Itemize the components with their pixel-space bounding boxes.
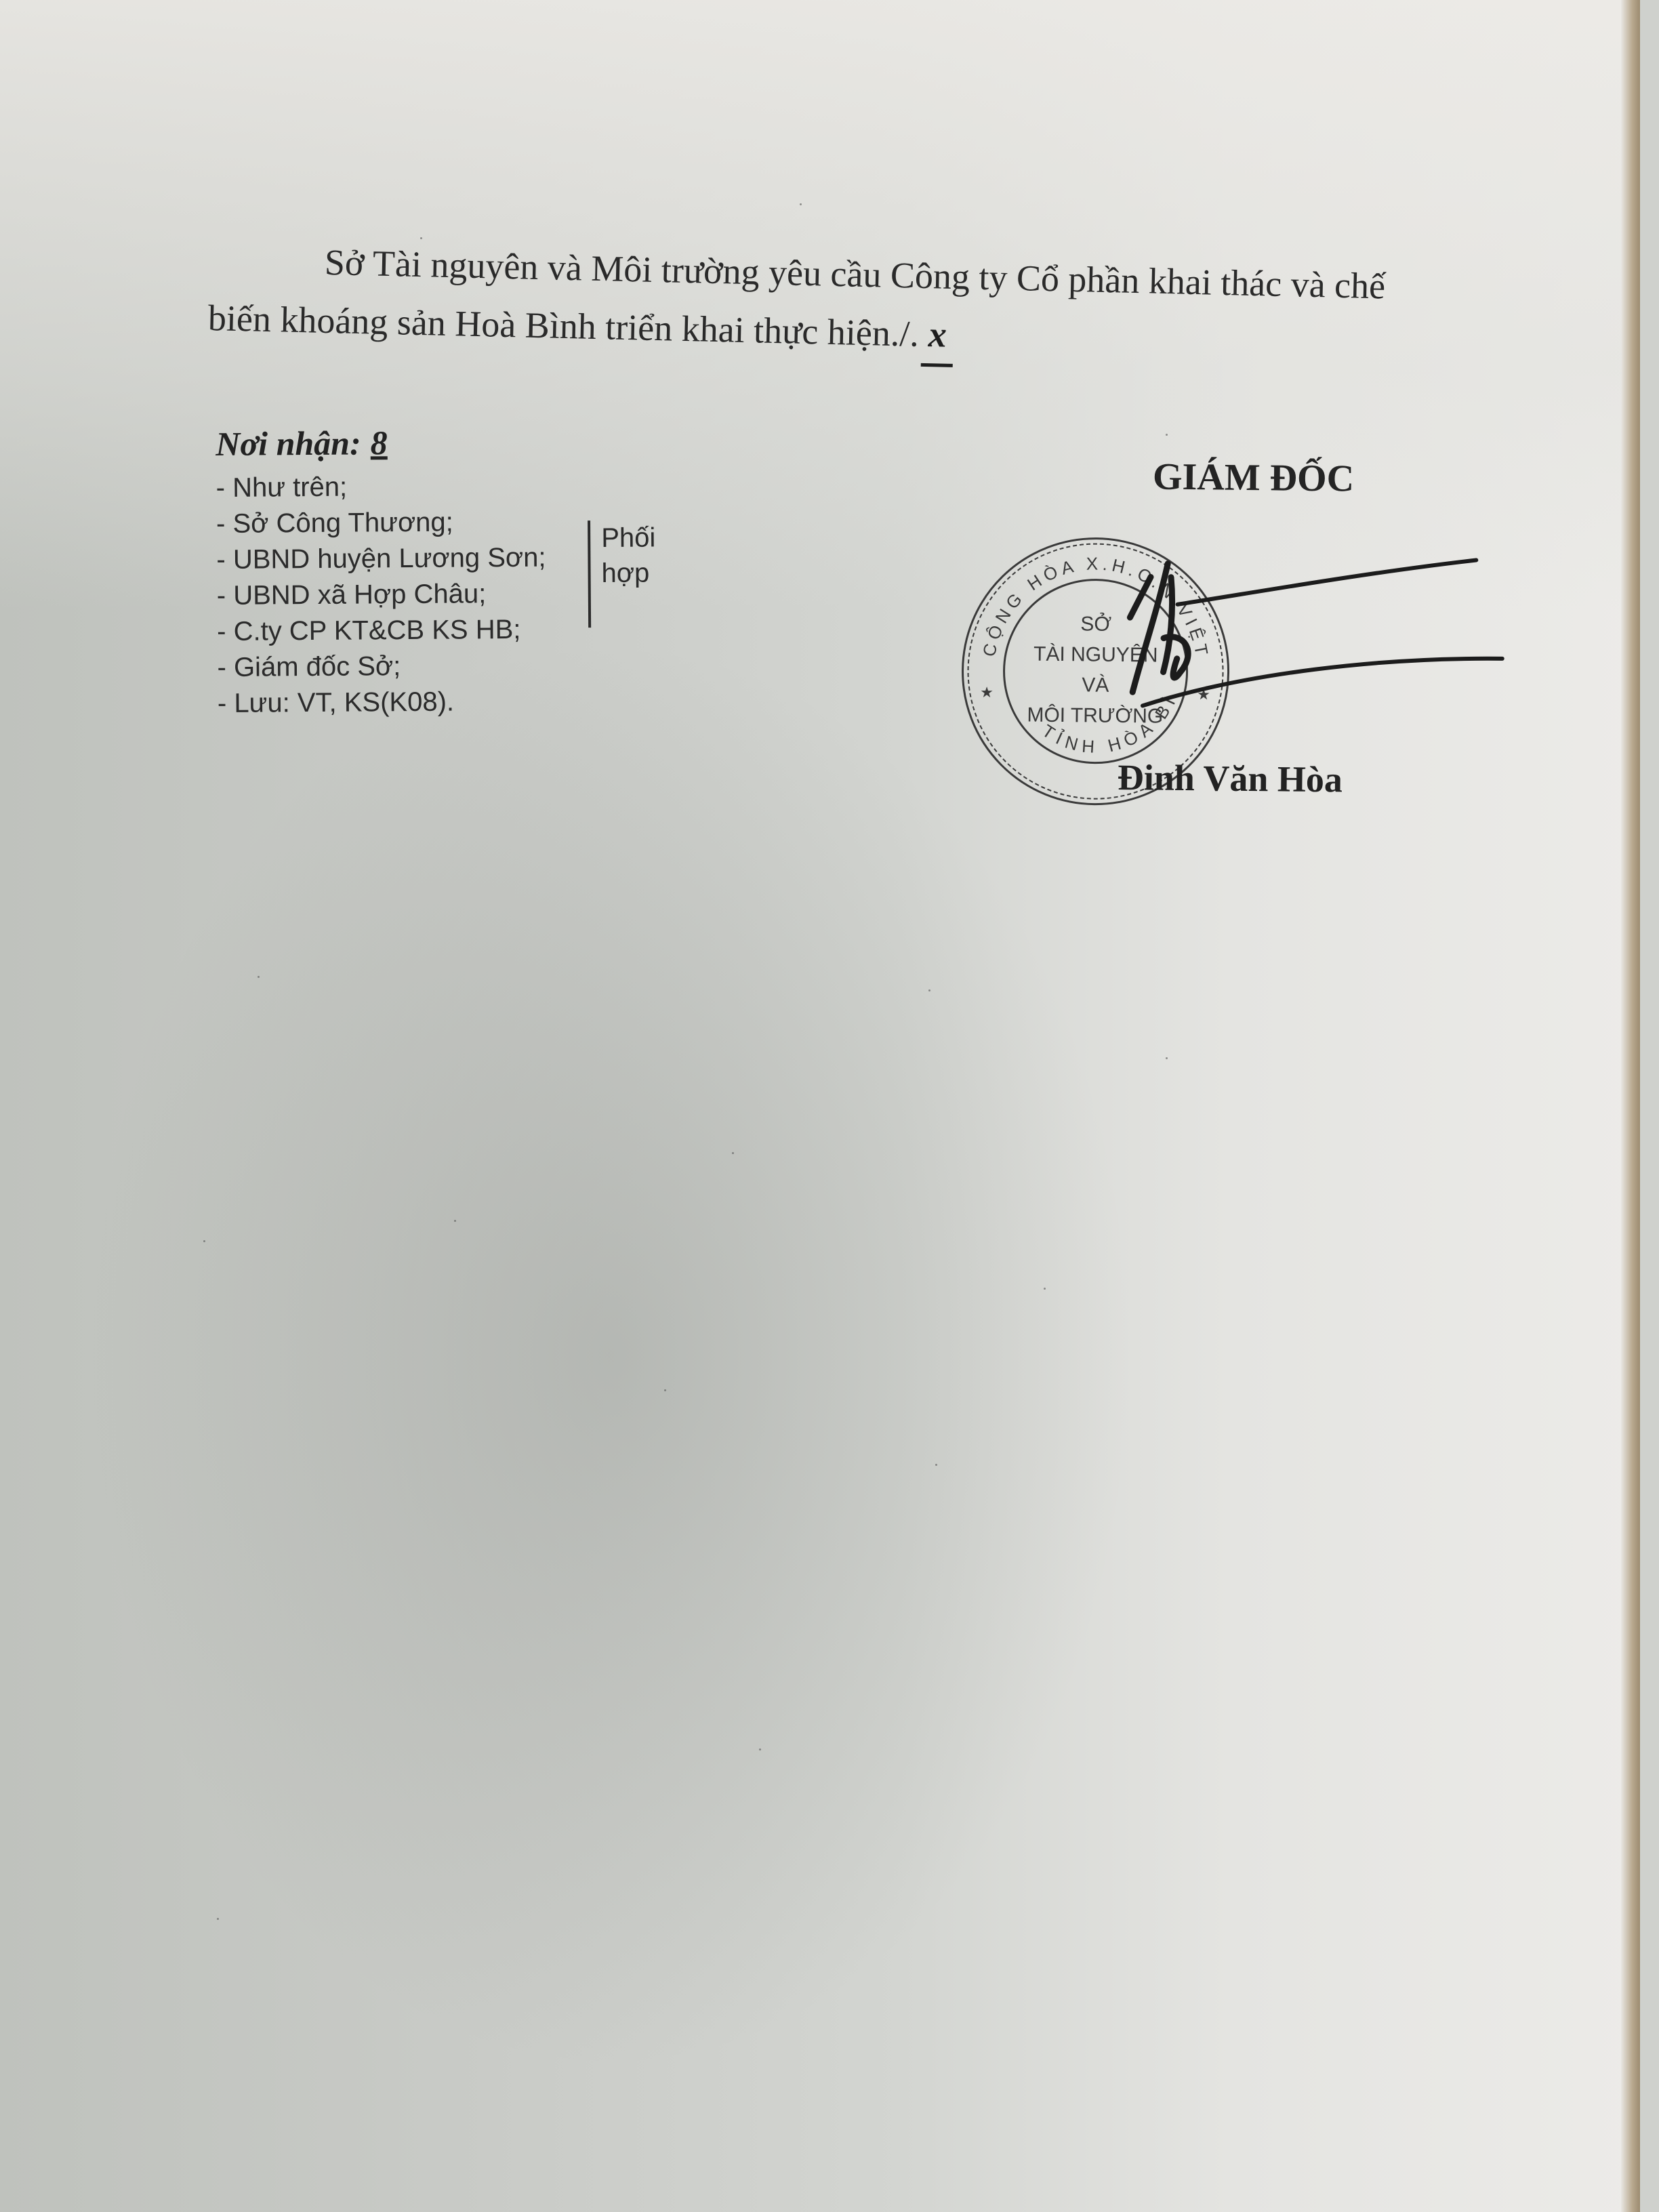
handwritten-signature-icon — [1040, 535, 1517, 743]
speckle — [1166, 434, 1168, 436]
initial-mark: x — [921, 305, 954, 367]
signer-title: GIÁM ĐỐC — [1118, 455, 1389, 501]
recipient-item: - Lưu: VT, KS(K08). — [218, 682, 733, 722]
speckle — [454, 1220, 456, 1222]
speckle — [203, 1240, 205, 1242]
signature-block: GIÁM ĐỐC CỘNG HÒA X.H.C.N VIỆT NAM TỈNH … — [1053, 447, 1477, 831]
recipients-heading: Nơi nhận:8 — [216, 417, 731, 468]
speckle — [759, 1748, 761, 1750]
speckle — [1166, 1057, 1168, 1059]
recipient-item: - Giám đốc Sở; — [217, 647, 732, 686]
speckle — [217, 1918, 219, 1920]
speckle — [1044, 1288, 1046, 1290]
speckle — [420, 237, 422, 239]
recipients-count-mark: 8 — [370, 424, 387, 462]
speckle — [664, 1389, 666, 1391]
speckle — [800, 203, 802, 205]
speckle — [928, 989, 930, 991]
page-edge — [1621, 0, 1640, 2212]
speckle — [732, 1152, 734, 1154]
paragraph-line-2: biến khoáng sản Hoà Bình triển khai thực… — [207, 298, 919, 354]
recipients-block: Nơi nhận:8 - Như trên; - Sở Công Thương;… — [216, 417, 733, 722]
document-page: Sở Tài nguyên và Môi trường yêu cầu Công… — [0, 0, 1640, 2212]
svg-text:★: ★ — [980, 684, 994, 701]
speckle — [258, 976, 260, 978]
coordination-bracket: Phối hợp — [588, 520, 683, 628]
speckle — [935, 1464, 937, 1466]
signer-name: Đinh Văn Hòa — [1081, 756, 1380, 801]
recipient-item: - Như trên; — [216, 467, 731, 506]
